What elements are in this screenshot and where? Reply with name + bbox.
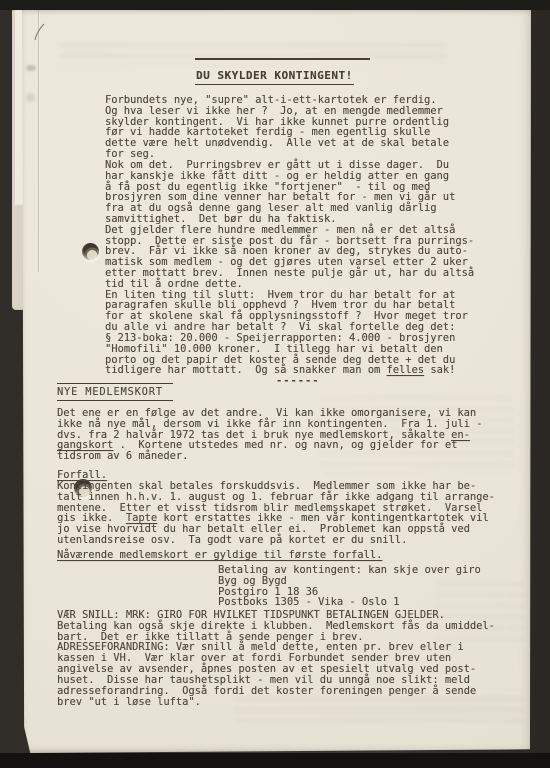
block-gyldighet: Nåværende medlemskort er gyldige til før… — [57, 550, 382, 561]
block-medlemskort: Det ene er en følge av det andre. Vi kan… — [57, 408, 482, 462]
block-forfall-body: Kontingenten skal betales forskuddsvis. … — [57, 481, 495, 546]
text-line: tidsrom av 6 måneder. — [57, 451, 482, 462]
block-nye-medlemskort: NYE MEDLEMSKORT — [57, 383, 173, 401]
block-title: DU SKYLDER KONTINGENT! — [195, 58, 370, 85]
block-giro: Betaling av kontingent: kan skje over gi… — [218, 565, 481, 608]
document-page: DU SKYLDER KONTINGENT!Forbundets nye, "s… — [19, 10, 531, 753]
scanned-document-screenshot: { "document": { "language": "Norwegian",… — [0, 0, 550, 768]
document-title: DU SKYLDER KONTINGENT! — [195, 68, 354, 85]
photo-frame-bottom — [0, 753, 550, 768]
text-line: Nåværende medlemskort er gyldige til før… — [57, 550, 382, 561]
photo-frame-top — [0, 0, 550, 10]
text-line: utenlandsreise osv. Ta godt vare på kort… — [57, 535, 495, 546]
block-divider: ------ — [276, 375, 320, 387]
text-line: dette være helt unødvendig. Alle vet at … — [105, 138, 474, 149]
block-betaling: VÆR SNILL: MRK: GIRO FOR HVILKET TIDSPUN… — [57, 610, 495, 707]
typewritten-text-layer: DU SKYLDER KONTINGENT!Forbundets nye, "s… — [19, 10, 531, 753]
block-intro: Forbundets nye, "supre" alt-i-ett-kartot… — [105, 95, 474, 376]
text-line: brev "ut i løse lufta". — [57, 697, 495, 708]
text-line: Postboks 1305 - Vika - Oslo 1 — [218, 597, 481, 608]
